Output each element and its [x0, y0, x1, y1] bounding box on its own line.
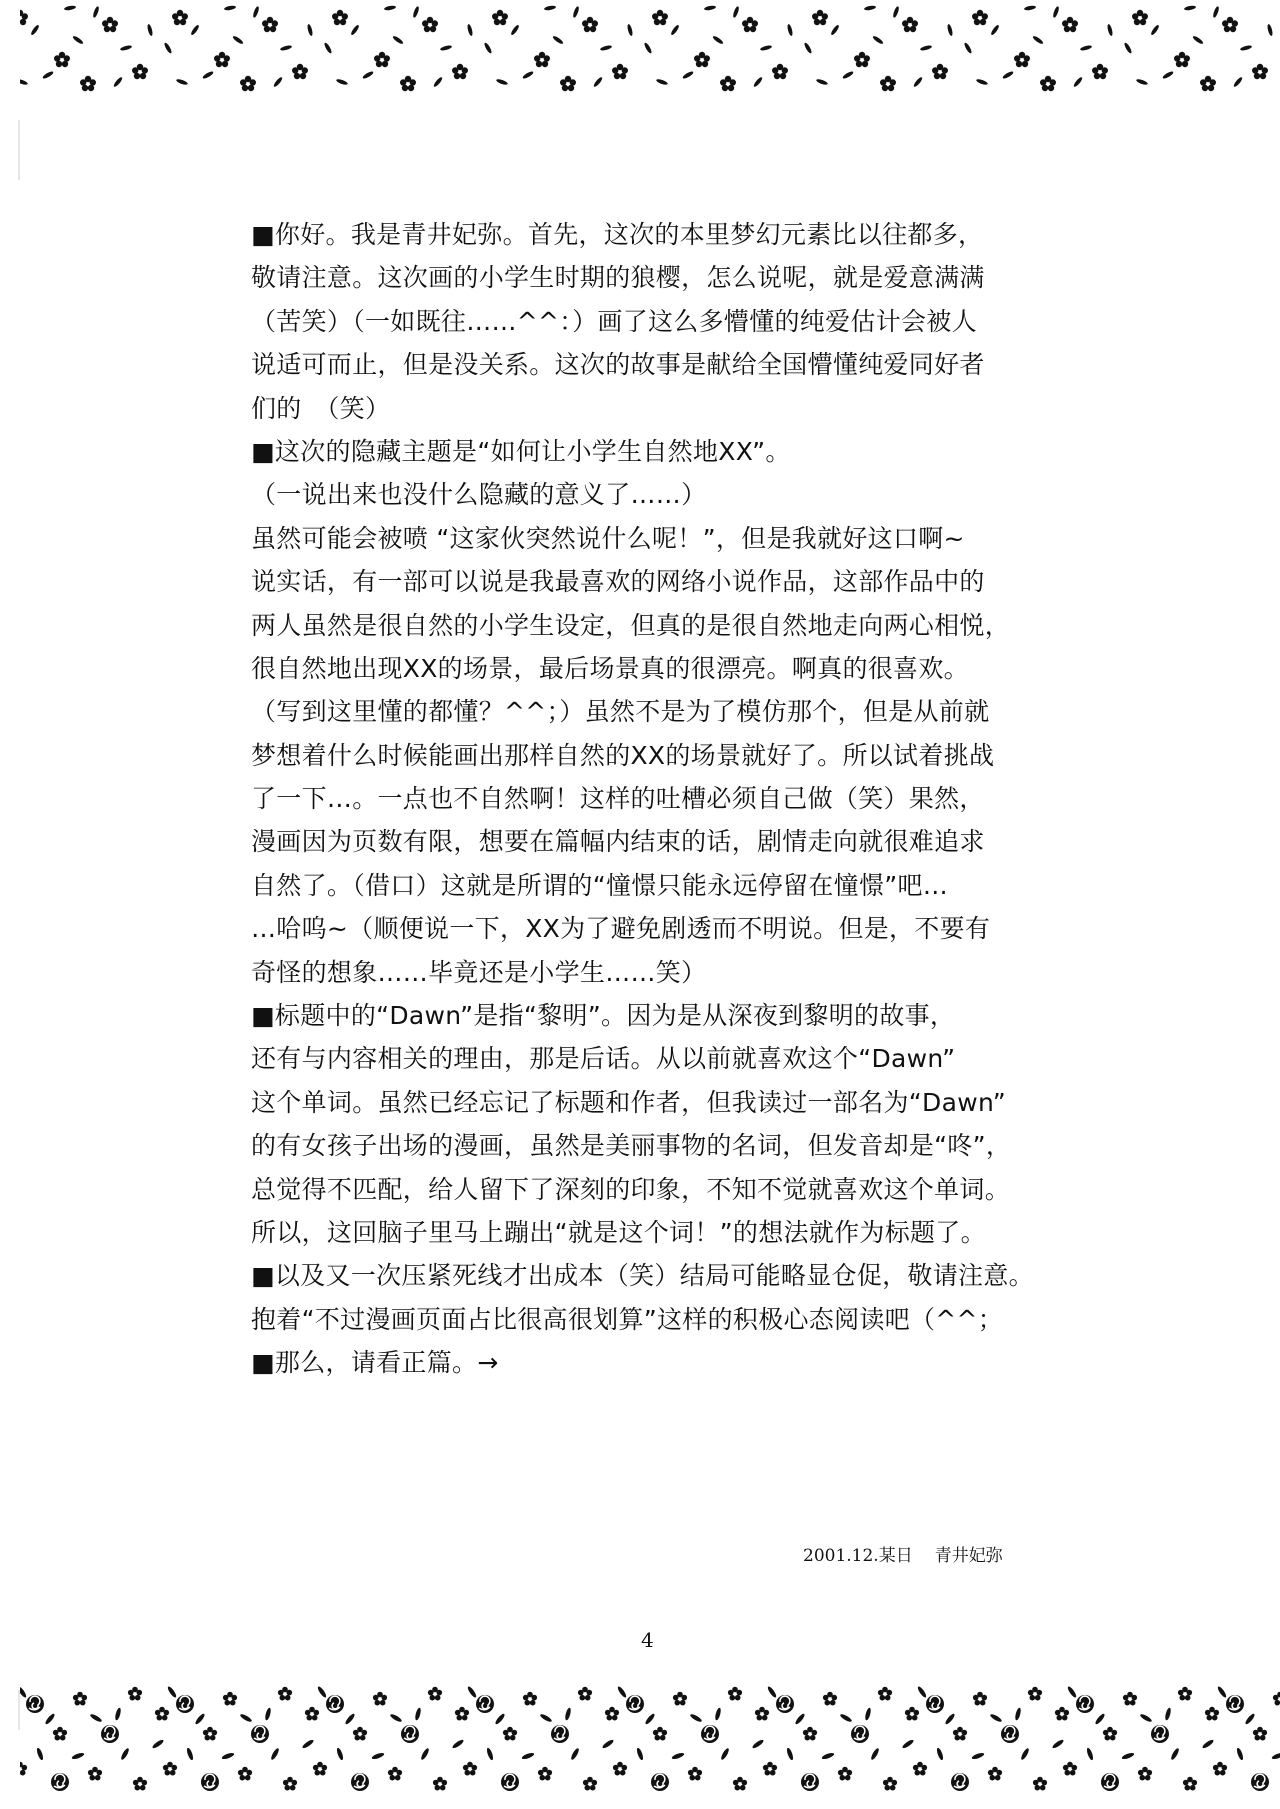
text-line: ■你好。我是青井妃弥。首先，这次的本里梦幻元素比以往都多，	[251, 213, 1051, 256]
paragraph-deadline: ■以及又一次压紧死线才出成本（笑）结局可能略显仓促，敬请注意。 抱着“不过漫画页…	[251, 1254, 1051, 1341]
text-line: ■标题中的“Dawn”是指“黎明”。因为是从深夜到黎明的故事，	[251, 994, 1051, 1037]
text-line: 很自然地出现XX的场景，最后场景真的很漂亮。啊真的很喜欢。	[251, 647, 1051, 690]
text-line: 虽然可能会被喷 “这家伙突然说什么呢！”，但是我就好这口啊~	[251, 517, 1051, 560]
text-line: 了一下…。一点也不自然啊！这样的吐槽必须自己做（笑）果然，	[251, 777, 1051, 820]
text-line: （一说出来也没什么隐藏的意义了……）	[251, 473, 1051, 516]
text-line: 两人虽然是很自然的小学生设定，但真的是很自然地走向两心相悦，	[251, 604, 1051, 647]
text-line: ■那么，请看正篇。→	[251, 1341, 1051, 1384]
text-line: ■以及又一次压紧死线才出成本（笑）结局可能略显仓促，敬请注意。	[251, 1254, 1051, 1297]
text-line: 说实话，有一部可以说是我最喜欢的网络小说作品，这部作品中的	[251, 560, 1051, 603]
text-line: 奇怪的想象……毕竟还是小学生……笑）	[251, 951, 1051, 994]
text-line: （苦笑）（一如既往……^^：）画了这么多懵懂的纯爱估计会被人	[251, 300, 1051, 343]
text-line: 敬请注意。这次画的小学生时期的狼樱，怎么说呢，就是爱意满满	[251, 256, 1051, 299]
signature: 2001.12.某日青井妃弥	[803, 1541, 1003, 1566]
text-line: 的有女孩子出场的漫画，虽然是美丽事物的名词，但发音却是“咚”，	[251, 1124, 1051, 1167]
bottom-floral-banner	[0, 1674, 1280, 1809]
floral-pattern-icon	[0, 0, 1280, 93]
page-number: 4	[641, 1628, 654, 1652]
text-line: （写到这里懂的都懂？^^；）虽然不是为了模仿那个，但是从前就	[251, 690, 1051, 733]
text-line: ■这次的隐藏主题是“如何让小学生自然地XX”。	[251, 430, 1051, 473]
text-line: 梦想着什么时候能画出那样自然的XX的场景就好了。所以试着挑战	[251, 734, 1051, 777]
signature-date: 2001.12.某日	[803, 1546, 913, 1566]
signature-author: 青井妃弥	[935, 1546, 1003, 1566]
text-line: 们的 （笑）	[251, 387, 1051, 430]
text-line: 所以，这回脑子里马上蹦出“就是这个词！”的想法就作为标题了。	[251, 1211, 1051, 1254]
text-line: 还有与内容相关的理由，那是后话。从以前就喜欢这个“Dawn”	[251, 1037, 1051, 1080]
rose-pattern-icon	[0, 1674, 1280, 1809]
text-line: 抱着“不过漫画页面占比很高很划算”这样的积极心态阅读吧（^^；	[251, 1298, 1051, 1341]
paragraph-title-dawn: ■标题中的“Dawn”是指“黎明”。因为是从深夜到黎明的故事， 还有与内容相关的…	[251, 994, 1051, 1254]
paragraph-hidden-theme: ■这次的隐藏主题是“如何让小学生自然地XX”。 （一说出来也没什么隐藏的意义了……	[251, 430, 1051, 994]
page-edge-mark	[18, 120, 20, 180]
afterword-text: ■你好。我是青井妃弥。首先，这次的本里梦幻元素比以往都多， 敬请注意。这次画的小…	[251, 213, 1051, 1385]
paragraph-greeting: ■你好。我是青井妃弥。首先，这次的本里梦幻元素比以往都多， 敬请注意。这次画的小…	[251, 213, 1051, 430]
paragraph-closing: ■那么，请看正篇。→	[251, 1341, 1051, 1384]
text-line: 这个单词。虽然已经忘记了标题和作者，但我读过一部名为“Dawn”	[251, 1081, 1051, 1124]
text-line: 漫画因为页数有限，想要在篇幅内结束的话，剧情走向就很难追求	[251, 820, 1051, 863]
text-line: 总觉得不匹配，给人留下了深刻的印象，不知不觉就喜欢这个单词。	[251, 1168, 1051, 1211]
text-line: 自然了。（借口）这就是所谓的“憧憬只能永远停留在憧憬”吧…	[251, 864, 1051, 907]
top-floral-banner	[0, 0, 1280, 93]
text-line: 说适可而止，但是没关系。这次的故事是献给全国懵懂纯爱同好者	[251, 343, 1051, 386]
text-line: …哈呜~（顺便说一下，XX为了避免剧透而不明说。但是，不要有	[251, 907, 1051, 950]
